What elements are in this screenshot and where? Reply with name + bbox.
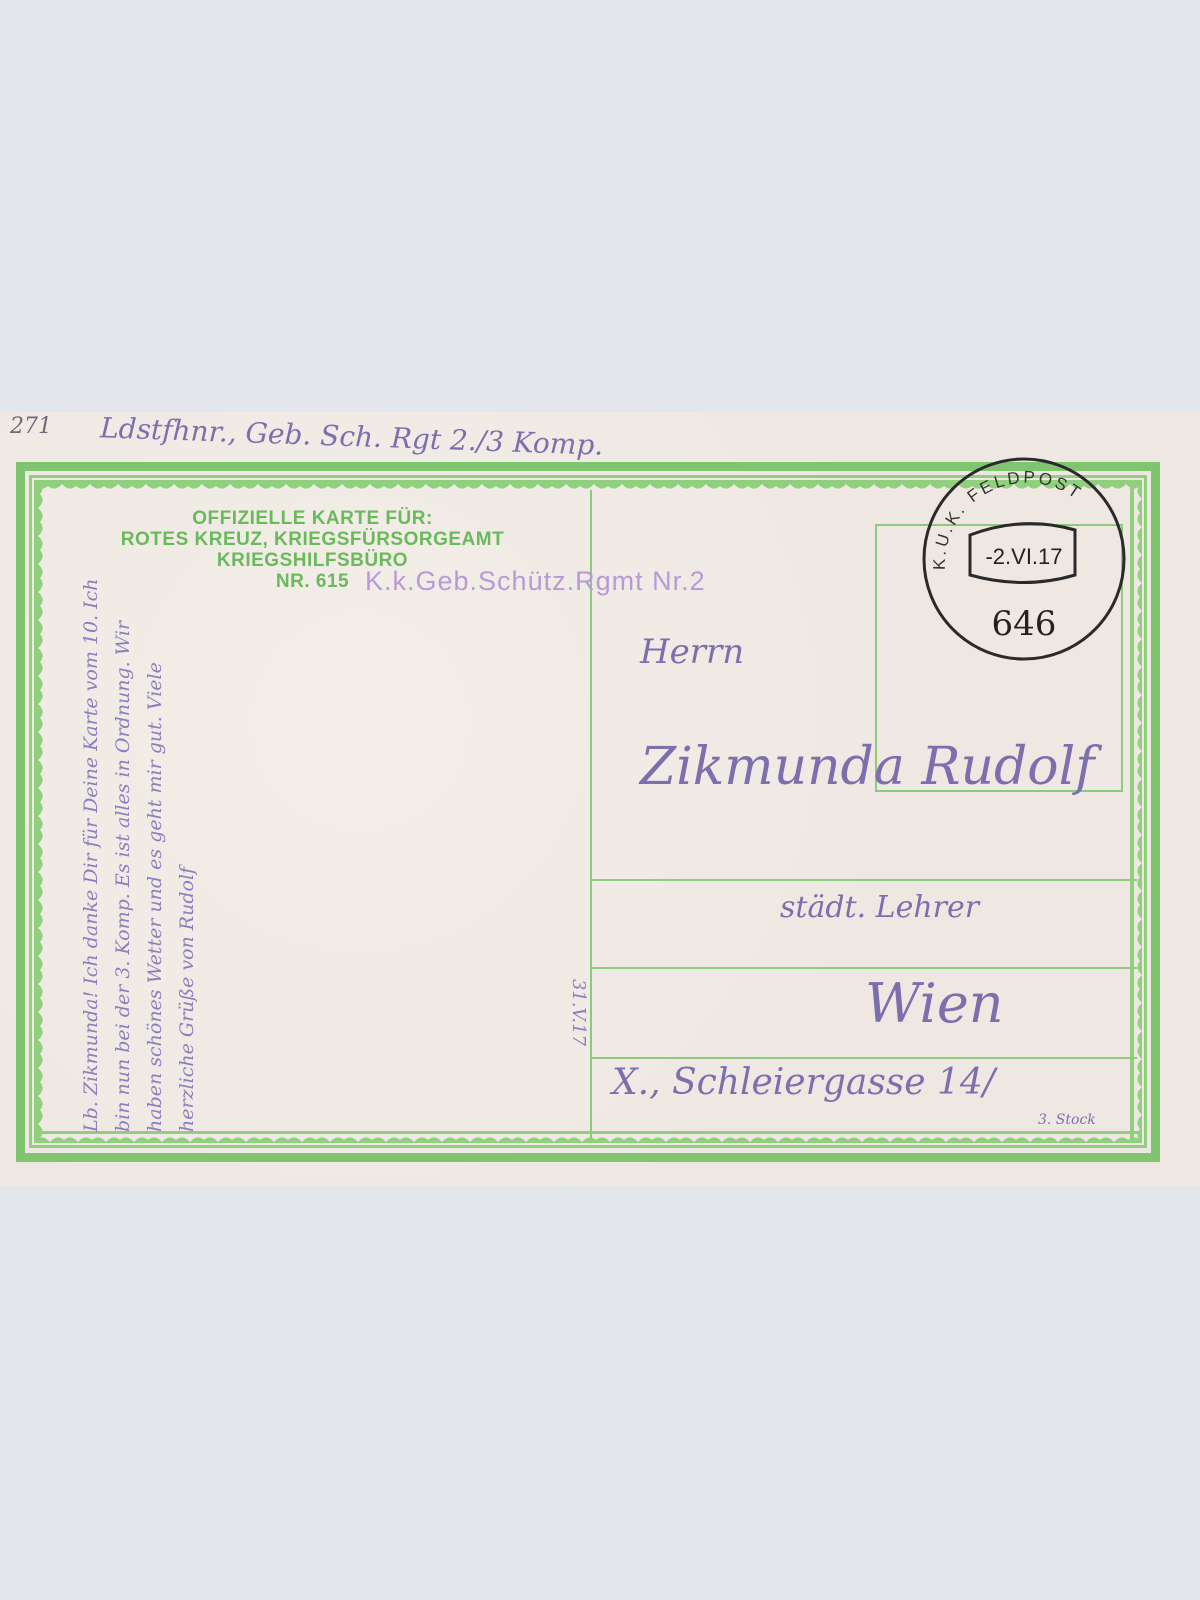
- postmark: K.U.K. FELDPOST -2.VI.17 646: [915, 450, 1133, 668]
- address-line: [592, 967, 1137, 969]
- heading-line: OFFIZIELLE KARTE FÜR:: [40, 508, 585, 529]
- postcard: 271 Ldstfhnr., Geb. Sch. Rgt 2./3 Komp. …: [0, 412, 1200, 1186]
- recipient-city: Wien: [865, 972, 1004, 1035]
- svg-text:-2.VI.17: -2.VI.17: [985, 544, 1062, 569]
- address-line: [592, 879, 1137, 881]
- recipient-name: Zikmunda Rudolf: [640, 737, 1095, 797]
- heading-line: ROTES KREUZ, KRIEGSFÜRSORGEAMT: [40, 529, 585, 550]
- letter-text: Lb. Zikmunda! Ich danke Dir für Deine Ka…: [75, 572, 575, 1132]
- archive-number: 271: [10, 414, 52, 439]
- recipient-title: städt. Lehrer: [780, 890, 979, 925]
- letter-date: 31.V.17: [568, 979, 589, 1046]
- address-line: [592, 1057, 1137, 1059]
- recipient-floor: 3. Stock: [1038, 1112, 1096, 1128]
- svg-text:646: 646: [992, 604, 1057, 644]
- sender-note: Ldstfhnr., Geb. Sch. Rgt 2./3 Komp.: [100, 411, 604, 462]
- recipient-street: X., Schleiergasse 14/: [612, 1062, 995, 1103]
- address-salutation: Herrn: [640, 632, 744, 672]
